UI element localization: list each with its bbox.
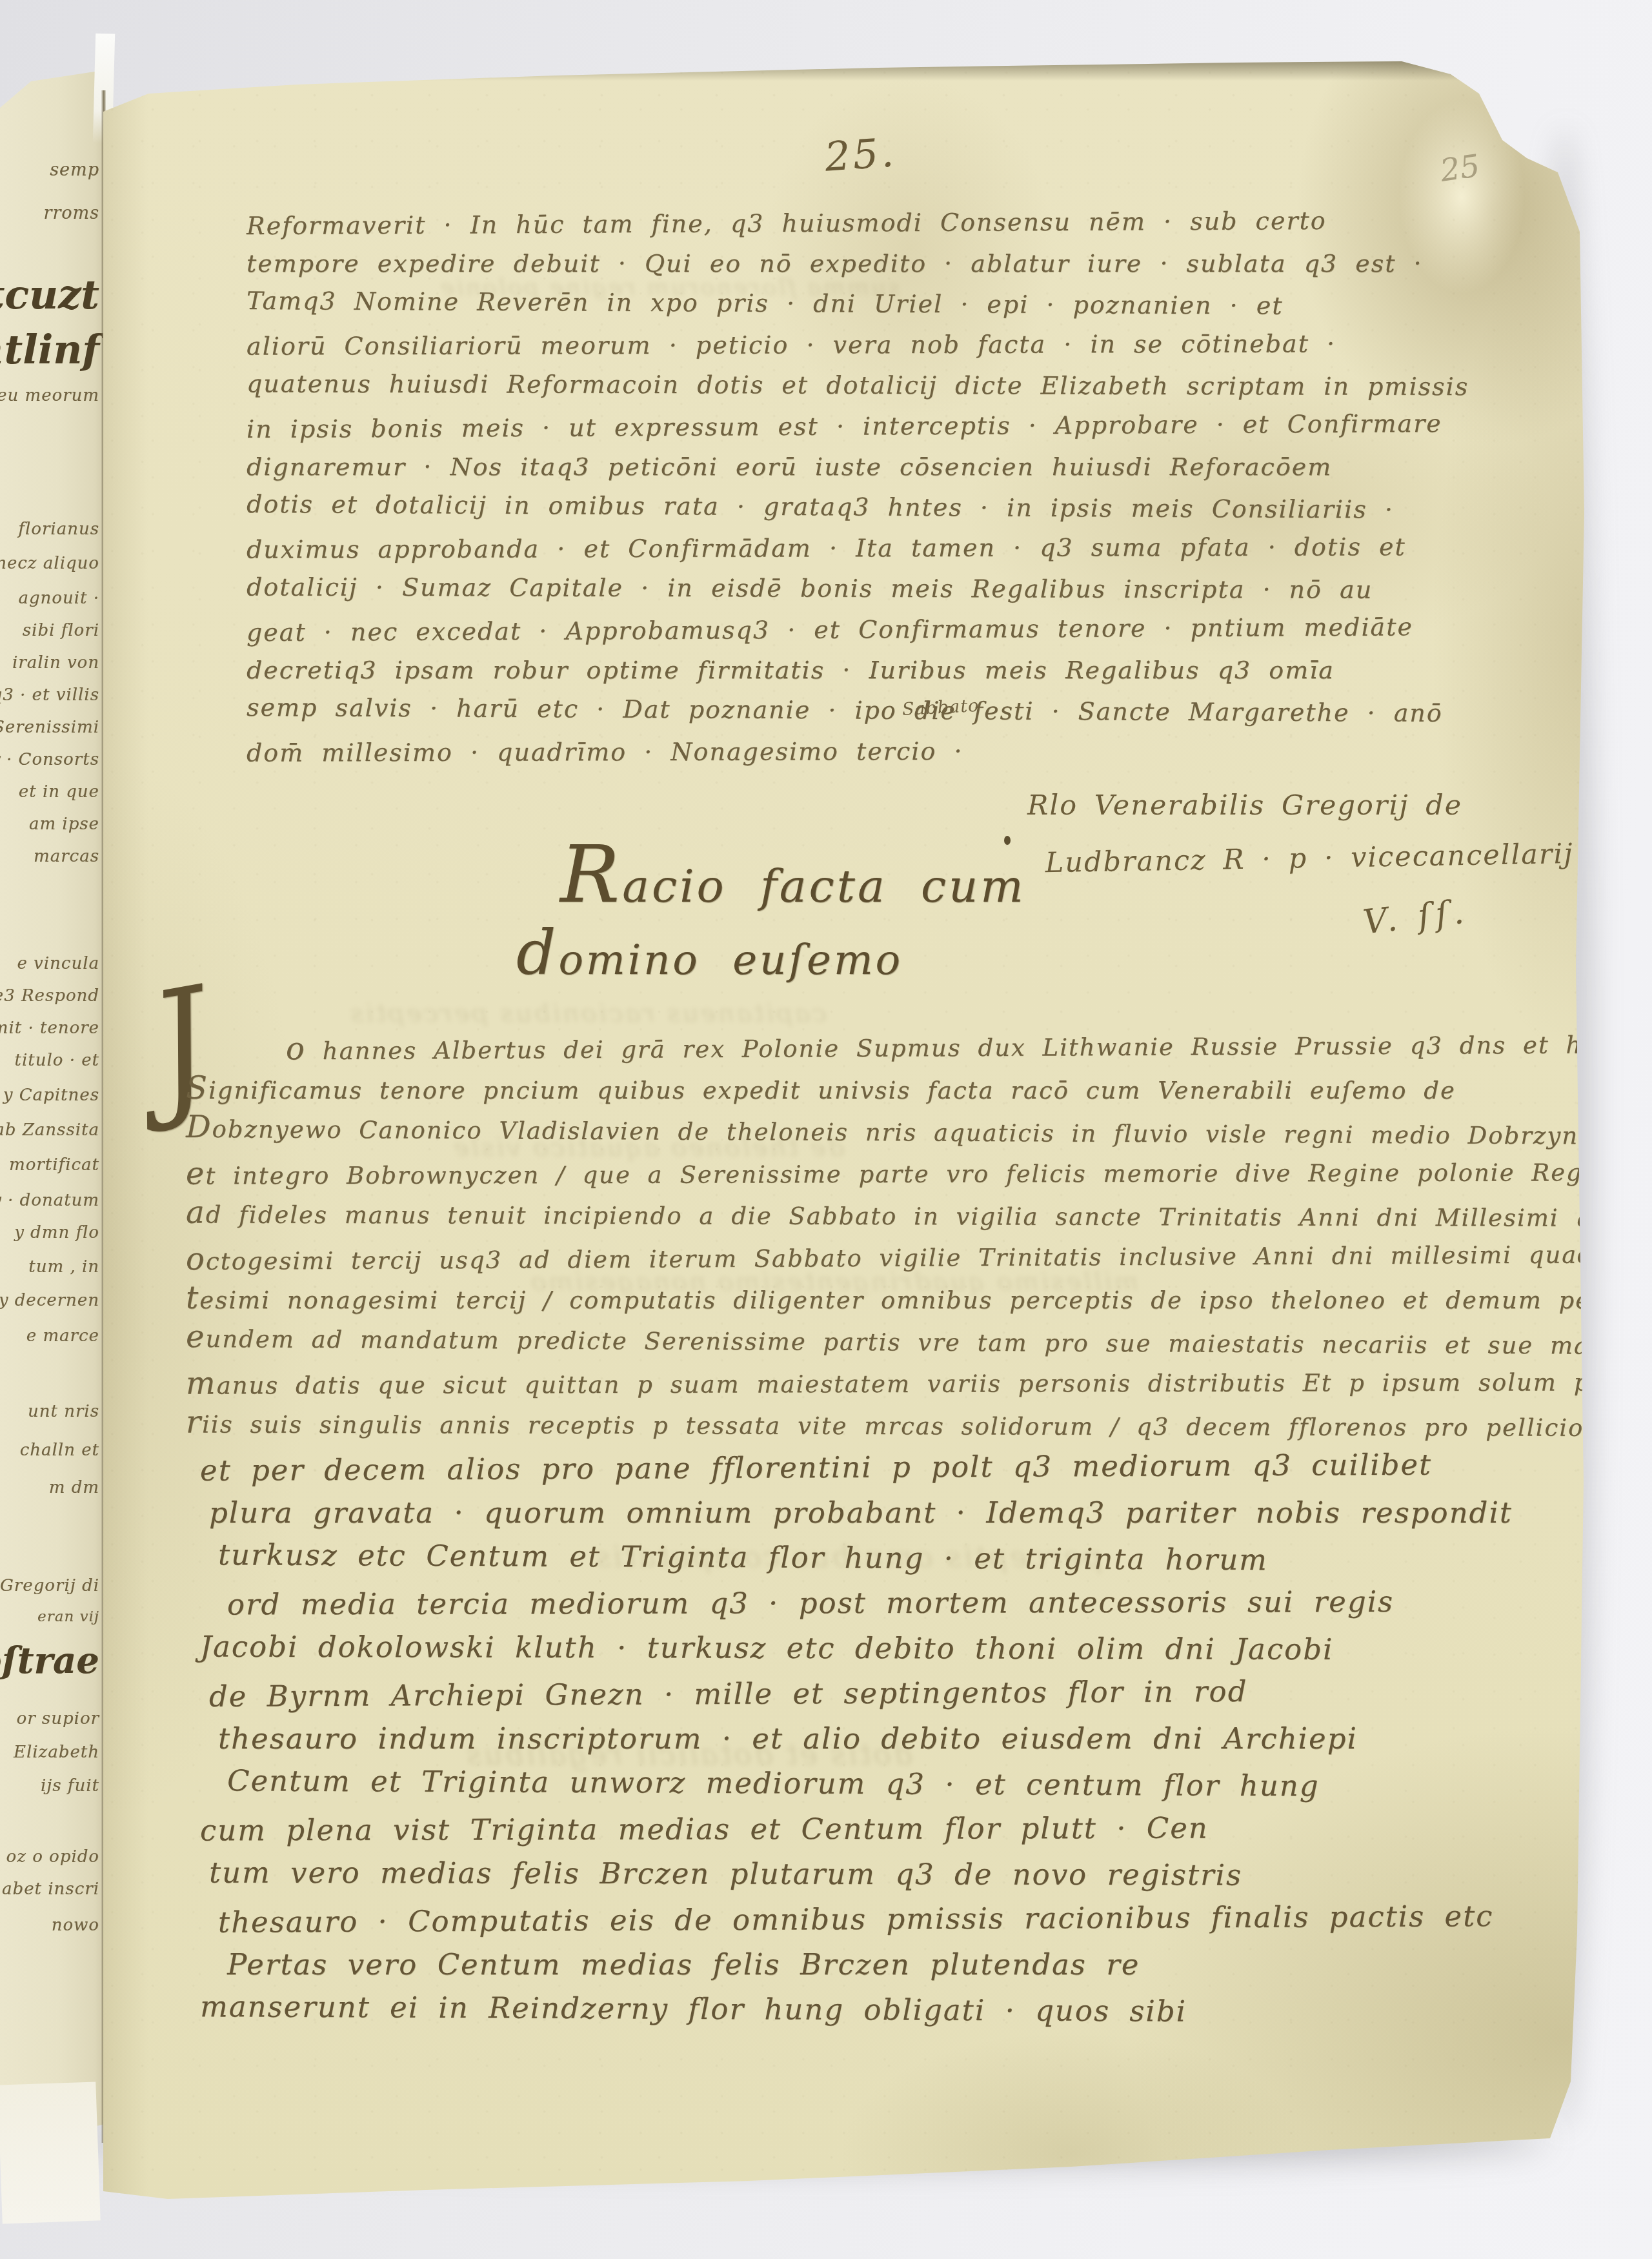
text-line: tum vero medias felis Brczen plutarum q3…	[209, 1856, 1484, 1904]
text-line: Jacobi dokolowski kluth · turkusz etc de…	[200, 1630, 1484, 1678]
margin-fragment-text: challn et	[20, 1441, 99, 1460]
text-line: manserunt ei in Reindzerny flor hung obl…	[200, 1989, 1484, 2041]
text-line: turkusz etc Centum et Triginta flor hung…	[218, 1537, 1484, 1589]
text-line: dotalicij · Sumaz Capitale · in eisdē bo…	[247, 572, 1589, 616]
chancery-mark: V. ſſ.	[1361, 893, 1471, 942]
text-line: decretiq3 ipsam robur optime firmitatis …	[247, 656, 1589, 696]
margin-fragment-text: unt nris	[28, 1402, 99, 1421]
margin-fragment-text: am ipse	[29, 815, 99, 834]
margin-fragment-text: necz aliquo	[0, 554, 99, 573]
text-line: geat · nec excedat · Approbamusq3 · et C…	[247, 612, 1589, 659]
margin-fragment-text: echtlinf	[0, 326, 99, 373]
text-line: o hannes Albertus dei grā rex Polonie Su…	[186, 1025, 1528, 1073]
chancery-subscription: Rlo Venerabilis Gregorij de Ludbrancz R …	[1027, 789, 1608, 895]
interlinear-note: Sabbato	[902, 696, 980, 720]
margin-fragment-text: Gregorij di	[0, 1576, 99, 1595]
margin-fragment-text: semp	[50, 160, 99, 180]
text-line: cum plena vist Triginta medias et Centum…	[200, 1810, 1484, 1859]
margin-fragment-text: agnouit ·	[18, 589, 99, 608]
margin-fragment-text: y Capitnes	[3, 1086, 99, 1105]
entry-2-text-block-lower: et per decem alios pro pane fflorentini …	[200, 1450, 1484, 2038]
margin-fragment-text: tum , in	[28, 1257, 99, 1277]
heading-line: domino euſemo	[516, 917, 1026, 989]
margin-fragment-text: nowo	[52, 1916, 99, 1935]
text-line: tesimi nonagesimi tercij / computatis di…	[186, 1280, 1528, 1322]
text-line: aliorū Consiliariorū meorum · peticio · …	[247, 329, 1589, 372]
margin-fragment-text: abet inscri	[2, 1879, 99, 1899]
margin-fragment-text: tcuzt	[0, 271, 99, 318]
text-line: Significamus tenore pncium quibus expedi…	[186, 1070, 1528, 1112]
text-line: thesauro indum inscriptorum · et alio de…	[218, 1721, 1484, 1767]
margin-fragment-text: mortificat	[9, 1155, 99, 1175]
text-line: de Byrnm Archiepi Gnezn · mille et septi…	[209, 1673, 1484, 1725]
margin-fragment-text: sibi flori	[23, 621, 99, 640]
entry-2-heading: Racio facta cum domino euſemo	[516, 828, 1026, 989]
previous-page-edge: ſınsemprromstcuztechtlinfeu meorumfloria…	[0, 34, 107, 2141]
margin-fragment-text: m dm	[49, 1478, 99, 1497]
subscription-line: Rlo Venerabilis Gregorij de	[1027, 789, 1608, 842]
underlying-page-corner	[0, 2082, 101, 2224]
margin-fragment-text: y · donatum	[0, 1191, 99, 1210]
margin-fragment-text: florianus	[18, 520, 99, 539]
text-line: et per decem alios pro pane fflorentini …	[200, 1447, 1484, 1499]
margin-fragment-text: rab Zanssita	[0, 1120, 99, 1140]
text-line: ord media tercia mediorum q3 · post mort…	[227, 1585, 1484, 1633]
text-line: in ipsis bonis meis · ut expressum est ·…	[247, 409, 1589, 456]
margin-fragment-text: r · Consorts	[0, 750, 99, 769]
subscription-line: Ludbrancz R · p · vicecancellarij	[1027, 837, 1608, 900]
margin-fragment-text: titulo · et	[14, 1051, 99, 1070]
text-line: Tamq3 Nomine Reverēn in xpo pris · dni U…	[247, 287, 1589, 334]
margin-fragment-text: or supior	[17, 1709, 99, 1728]
margin-fragment-text: amit · tenore	[0, 1018, 99, 1038]
text-line: quatenus huiusdi Reformacoin dotis et do…	[247, 369, 1589, 413]
text-line: Centum et Triginta unworz mediorum q3 · …	[227, 1763, 1484, 1815]
entry-1-text-block: Reformaverit · In hūc tam fine, q3 huius…	[247, 208, 1589, 778]
margin-fragment-text: toſtrae	[0, 1639, 99, 1682]
text-line: eundem ad mandatum predicte Serenissime …	[186, 1319, 1528, 1367]
margin-fragment-text: Elizabeth	[14, 1743, 99, 1762]
text-line: et integro Bobrownyczen / que a Sereniss…	[186, 1152, 1528, 1197]
margin-fragment-text: e vincula	[17, 954, 99, 973]
margin-fragment-text: rroms	[43, 203, 99, 223]
heading-line: Racio facta cum	[516, 828, 1026, 920]
text-line: dotis et dotalicij in omibus rata · grat…	[247, 490, 1589, 537]
text-line: ad fideles manus tenuit incipiendo a die…	[186, 1194, 1528, 1239]
entry-2-text-block-upper: o hannes Albertus dei grā rex Polonie Su…	[186, 1028, 1528, 1448]
margin-fragment-text: eu meorum	[0, 386, 99, 405]
text-line: riis suis singulis annis receptis p tess…	[186, 1404, 1528, 1449]
text-line: duximus approbanda · et Confirmādam · It…	[247, 532, 1589, 576]
text-line: Pertas vero Centum medias felis Brczen p…	[227, 1947, 1484, 1992]
text-line: plura gravata · quorum omnium probabant …	[209, 1495, 1484, 1541]
page-number-pencil: 25	[1438, 148, 1482, 189]
margin-fragment-text: ijs fuit	[41, 1776, 99, 1796]
text-line: thesauro · Computatis eis de omnibus pmi…	[218, 1899, 1484, 1950]
manuscript-page: summa florenorum regine poloniecapitaneu…	[103, 61, 1587, 2204]
text-line: dignaremur · Nos itaq3 peticōni eorū ius…	[247, 452, 1589, 493]
margin-fragment-text: y decernen	[0, 1291, 99, 1310]
margin-fragment-text: Serenissimi	[0, 718, 99, 737]
margin-fragment-text: oz o opido	[6, 1847, 99, 1867]
page-number-ink: 25.	[823, 128, 898, 181]
margin-fragment-text: iralin von	[12, 653, 99, 673]
text-line: Dobznyewo Canonico Vladislavien de thelo…	[186, 1109, 1528, 1157]
margin-fragment-text: e3 Respond	[0, 986, 99, 1006]
margin-fragment-text: o q3 · et villis	[0, 685, 99, 705]
margin-fragment-text: marcas	[34, 847, 99, 866]
text-line: dom̄ millesimo · quadrīmo · Nonagesimo t…	[247, 735, 1589, 779]
text-line: Reformaverit · In hūc tam fine, q3 huius…	[247, 205, 1589, 252]
margin-fragment-text: et in que	[19, 782, 99, 802]
text-line: octogesimi tercij usq3 ad diem iterum Sa…	[186, 1235, 1528, 1283]
margin-fragment-text: eran vij	[37, 1608, 99, 1625]
text-line: manus datis que sicut quittan p suam mai…	[186, 1362, 1528, 1407]
bleedthrough-band: capitaneus racionibus perceptis	[348, 998, 827, 1028]
margin-fragment-text: y dmn flo	[14, 1223, 99, 1242]
scan-background: ſınsemprromstcuztechtlinfeu meorumfloria…	[0, 0, 1652, 2259]
text-line: tempore expedire debuit · Qui eo nō expe…	[247, 249, 1589, 290]
margin-fragment-text: e marce	[26, 1326, 99, 1346]
